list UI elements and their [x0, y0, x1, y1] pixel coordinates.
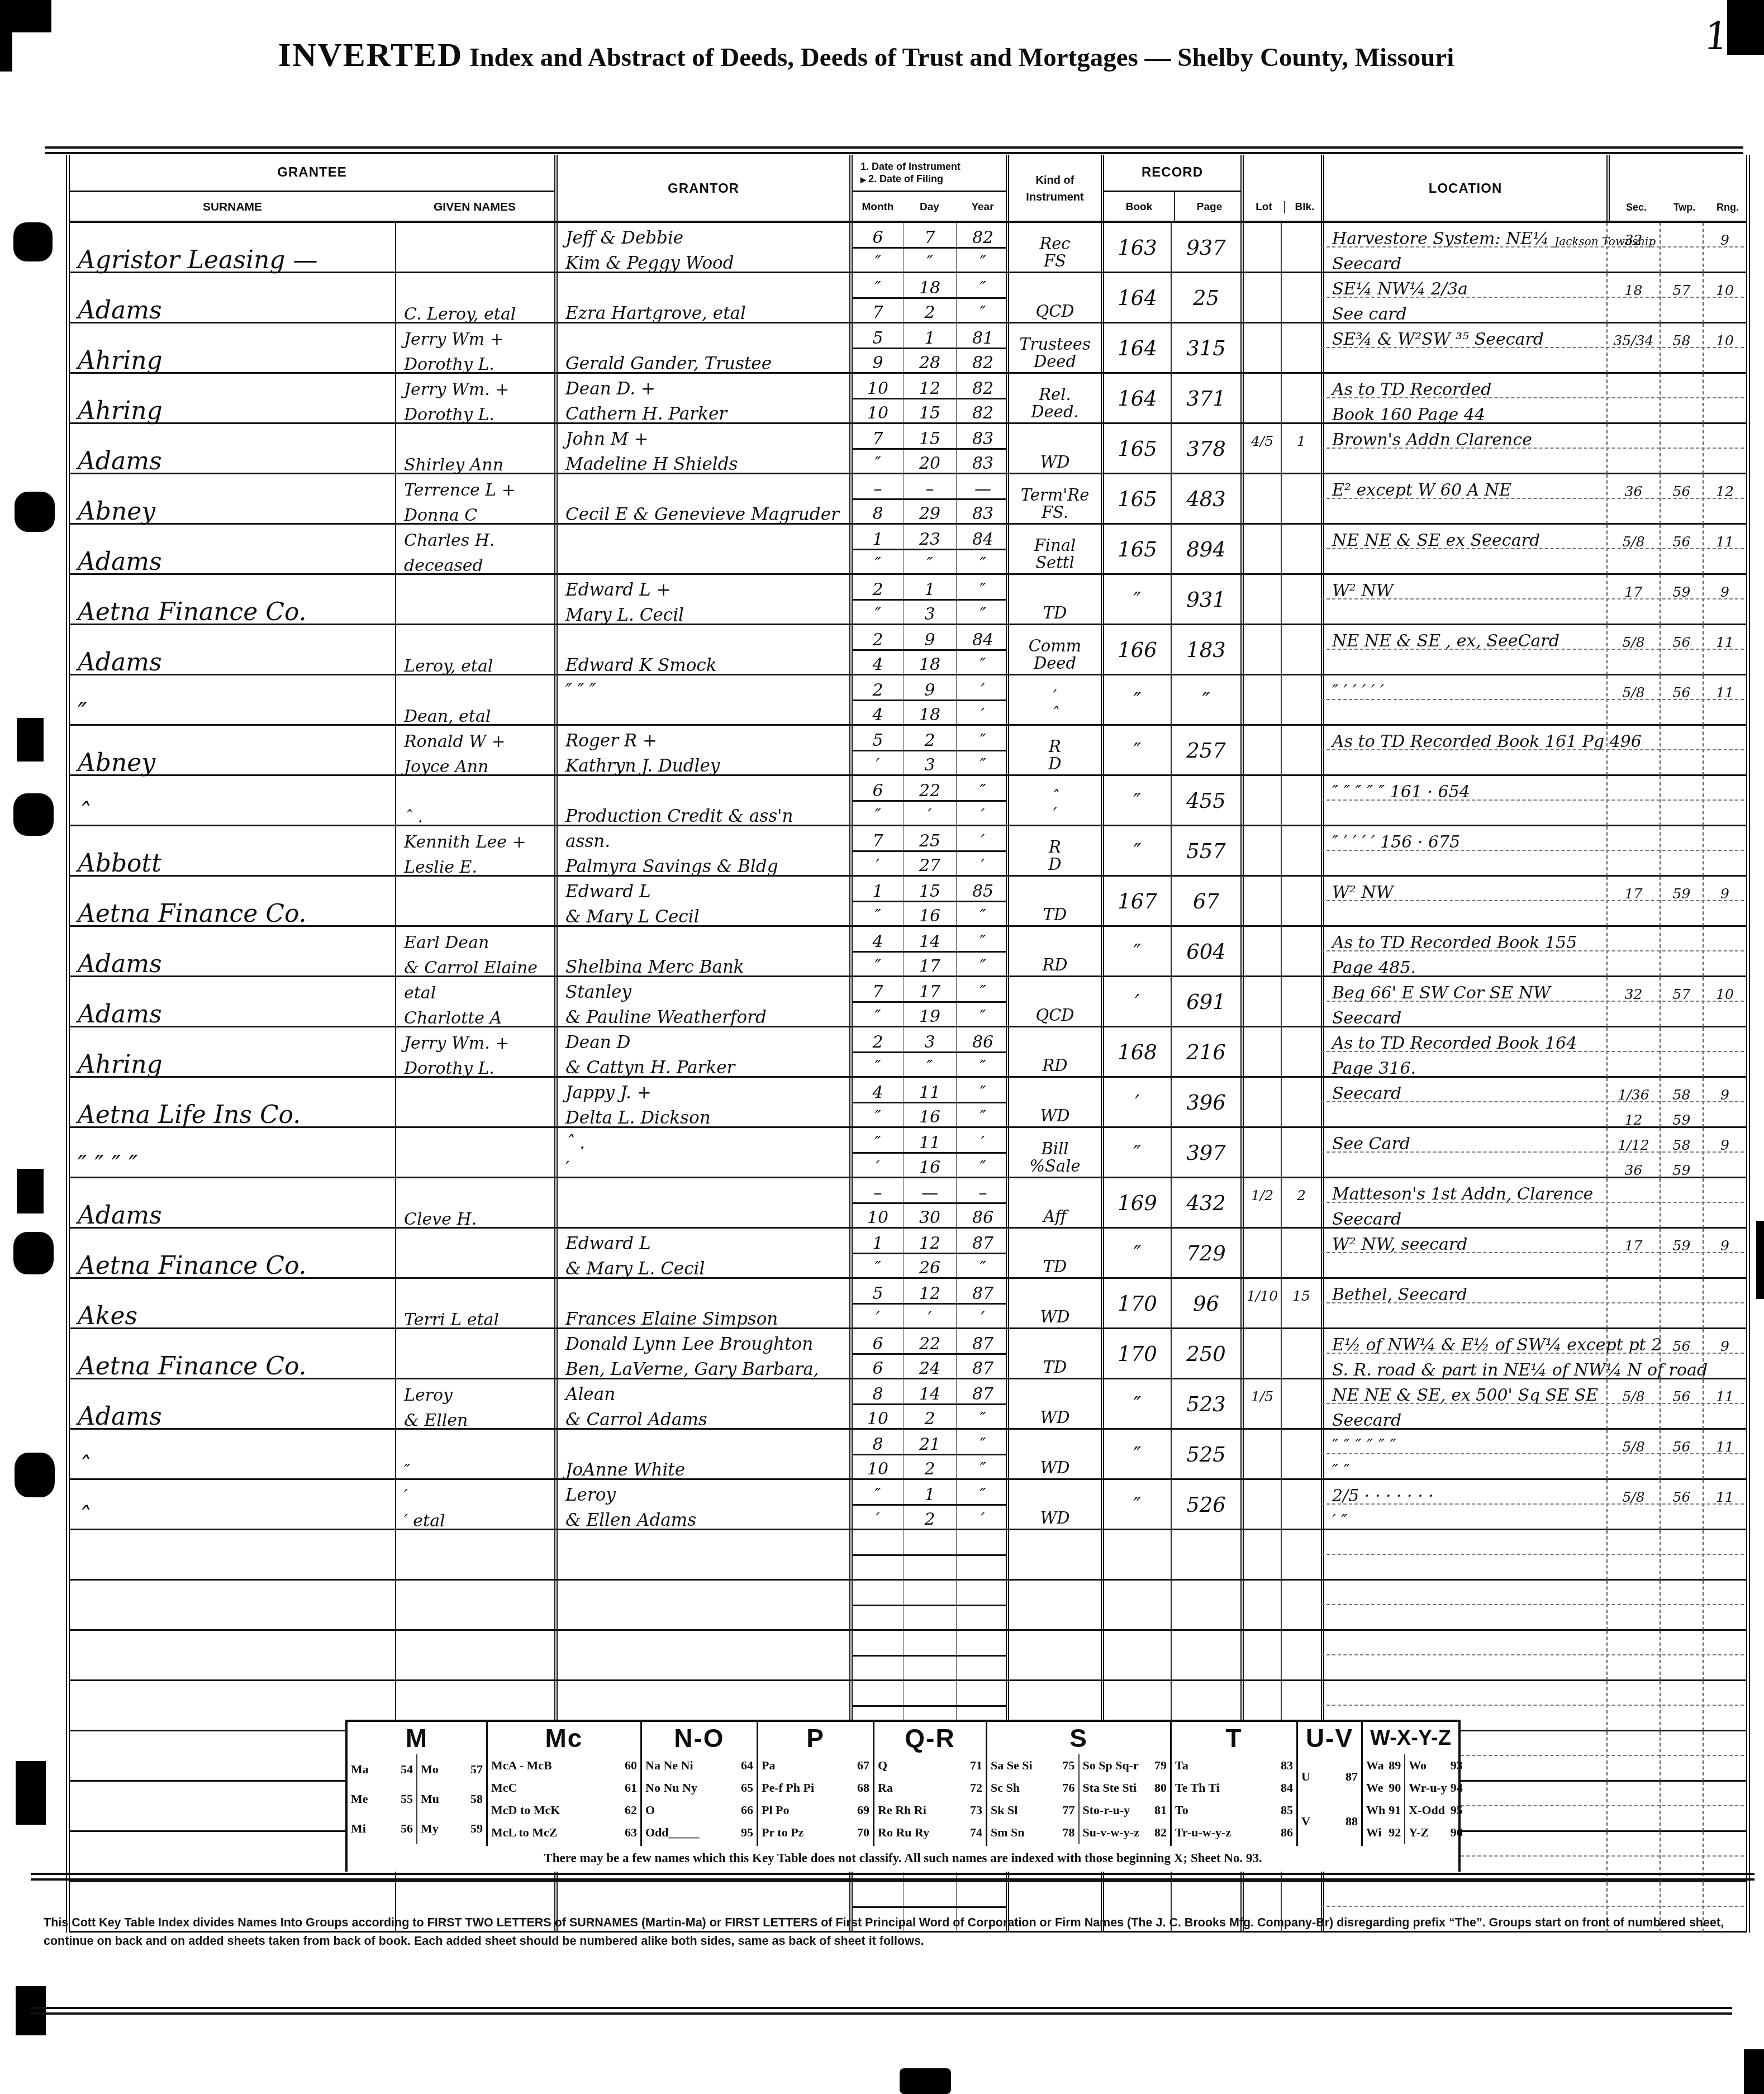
filing-date — [853, 1556, 1006, 1579]
instrument-date: 11585 — [853, 877, 1006, 902]
date-cell: ––—82983 — [849, 474, 1006, 524]
kind-label-2: Instrument — [1026, 189, 1083, 206]
location-cell: As to TD Recorded Book 155Page 485. — [1321, 927, 1606, 977]
instrument-date: 21″ — [853, 575, 1006, 601]
filing-date: ′′′ — [853, 1305, 1006, 1327]
lot-cell: 1/10 — [1240, 1279, 1281, 1329]
location-cell: E² except W 60 A NE — [1321, 474, 1606, 524]
table-row: Aetna Life Ins Co.Jappy J. +Delta L. Dic… — [70, 1078, 1746, 1128]
twp-cell — [1660, 1581, 1703, 1630]
filing-date: ′27′ — [853, 852, 1006, 875]
rng-cell: 12 — [1703, 474, 1746, 524]
record-book-cell: 165 — [1101, 525, 1171, 574]
surname-cell: Ahring — [70, 323, 395, 373]
scan-corner-mark — [0, 0, 12, 72]
location-cell: ″ ″ ″ ″ ″ 161 · 654 — [1321, 776, 1606, 826]
instrument-date: 52″ — [853, 726, 1006, 751]
scan-smudge — [1756, 1221, 1764, 1299]
given-names-cell: Dean, etal — [395, 675, 554, 725]
lot-cell — [1240, 1631, 1281, 1681]
instrument-date: 2984 — [853, 625, 1006, 651]
lot-cell — [1240, 525, 1281, 574]
grantor-cell — [554, 1178, 849, 1228]
scan-corner-mark — [1727, 0, 1764, 55]
date-cell: 717″″19″ — [849, 977, 1006, 1027]
rng-cell: 10 — [1703, 977, 1746, 1027]
sec-cell — [1606, 1782, 1660, 1831]
key-table-entry: Tr-u-w-y-z86 — [1175, 1825, 1293, 1840]
record-page-cell: 257 — [1171, 726, 1240, 775]
filing-date: ″2083 — [853, 450, 1006, 473]
record-page-cell: 216 — [1171, 1027, 1240, 1077]
grantor-cell — [554, 525, 849, 574]
table-row: ˆˆ .Production Credit & ass'n622″″′′ˆ′″4… — [70, 776, 1746, 826]
blk-cell — [1281, 826, 1321, 876]
surname-cell: Aetna Finance Co. — [70, 575, 395, 625]
record-book-cell: 166 — [1101, 625, 1171, 675]
surname-cell: Akes — [70, 1279, 395, 1329]
sec-twp-rng-header: Sec. Twp. Rng. — [1606, 155, 1746, 222]
location-cell: ″ ′ ′ ′ ′ ′ — [1321, 675, 1606, 725]
table-row: AdamsEarl Dean& Carrol ElaineShelbina Me… — [70, 927, 1746, 977]
rng-cell: 9 — [1703, 575, 1746, 625]
arrow-icon: ▶ — [860, 175, 866, 184]
filing-date: 82983 — [853, 500, 1006, 523]
location-cell: 2/5 · · · · · · ·′ ″ — [1321, 1480, 1606, 1530]
grantor-cell: Edward L +Mary L. Cecil — [554, 575, 849, 625]
sec-cell — [1606, 374, 1660, 423]
surname-cell: Aetna Finance Co. — [70, 1229, 395, 1278]
record-page-cell: 371 — [1171, 374, 1240, 423]
twp-cell: 5859 — [1660, 1078, 1703, 1127]
table-row: AkesTerri L etalFrances Elaine Simpson51… — [70, 1279, 1746, 1329]
location-cell: Matteson's 1st Addn, ClarenceSeecard — [1321, 1178, 1606, 1228]
kind-of-instrument-cell: QCD — [1006, 977, 1101, 1027]
blk-cell — [1281, 1078, 1321, 1127]
filing-date: 101582 — [853, 399, 1006, 422]
date-cell: 2984418″ — [849, 625, 1006, 675]
grantor-cell: Dean D& Cattyn H. Parker — [554, 1027, 849, 1077]
location-cell: W² NW — [1321, 575, 1606, 625]
blk-cell — [1281, 1530, 1321, 1580]
date-cell: 51287′′′ — [849, 1279, 1006, 1329]
record-page-cell: 894 — [1171, 525, 1240, 574]
rng-cell — [1703, 1631, 1746, 1681]
location-cell: See Card — [1321, 1128, 1606, 1178]
rng-cell — [1703, 374, 1746, 423]
grantor-label: GRANTOR — [668, 181, 739, 197]
scanned-ledger-page: INVERTED Index and Abstract of Deeds, De… — [0, 0, 1764, 2094]
key-table-entry: We90 — [1366, 1781, 1401, 1795]
lot-label: Lot — [1244, 201, 1284, 213]
grantor-cell: Shelbina Merc Bank — [554, 927, 849, 977]
rng-label: Rng. — [1706, 202, 1749, 213]
table-row: AhringJerry Wm. +Dorothy L.Dean D. +Cath… — [70, 374, 1746, 424]
key-table-entry: McD to McK62 — [491, 1803, 637, 1817]
key-table-column: Q-RQ71Ra72Re Rh Ri73Ro Ru Ry74 — [873, 1722, 986, 1846]
grantor-cell: John M +Madeline H Shields — [554, 424, 849, 474]
key-table-entry: Ma54 — [351, 1762, 413, 1777]
table-row: AdamsLeroy, etalEdward K Smock2984418″Co… — [70, 625, 1746, 675]
instrument-date: 81487 — [853, 1379, 1006, 1405]
lot-cell — [1240, 927, 1281, 977]
twp-cell — [1660, 1782, 1703, 1831]
given-names-cell — [395, 877, 554, 926]
filing-date: ″′′ — [853, 802, 1006, 825]
rng-cell — [1703, 726, 1746, 775]
sec-cell — [1606, 927, 1660, 977]
scan-smudge — [900, 2068, 951, 2094]
twp-cell — [1660, 1530, 1703, 1580]
key-table-entry: So Sp Sq-r79 — [1083, 1758, 1167, 1773]
grantor-cell: Production Credit & ass'n — [554, 776, 849, 826]
date-cell: 12384″″″ — [849, 525, 1006, 574]
grantor-cell: Ezra Hartgrove, etal — [554, 273, 849, 323]
rng-cell: 10 — [1703, 323, 1746, 373]
twp-cell: 59 — [1660, 877, 1703, 926]
sec-cell — [1606, 1631, 1660, 1681]
twp-cell: 5859 — [1660, 1128, 1703, 1178]
filing-date: ″″″ — [853, 550, 1006, 573]
rng-cell — [1703, 1530, 1746, 1580]
key-table-entry: To85 — [1175, 1803, 1293, 1817]
filing-date: 72″ — [853, 299, 1006, 322]
lot-cell — [1240, 1530, 1281, 1580]
key-table-entry: Ra72 — [878, 1781, 982, 1795]
lot-cell — [1240, 1329, 1281, 1379]
kind-of-instrument-cell: RD — [1006, 726, 1101, 775]
twp-cell: 56 — [1660, 525, 1703, 574]
sec-cell — [1606, 726, 1660, 775]
surname-cell: ˆ — [70, 1430, 395, 1479]
date-cell: –—–103086 — [849, 1178, 1006, 1228]
key-table-column: W-X-Y-ZWa89We90Wh91Wi92Wo93Wr-u-y94X-Odd… — [1361, 1722, 1458, 1846]
footer-rule — [31, 2007, 1732, 2015]
location-header: LOCATION — [1321, 155, 1606, 222]
date-cell: ″18″72″ — [849, 273, 1006, 323]
blk-cell — [1281, 776, 1321, 826]
instrument-date: 717″ — [853, 977, 1006, 1003]
surname-cell: Adams — [70, 927, 395, 977]
grantor-cell: Frances Elaine Simpson — [554, 1279, 849, 1329]
hole-punch-mark — [13, 222, 53, 261]
instrument-date: 622″ — [853, 776, 1006, 802]
grantor-cell: ″ ″ ″ — [554, 675, 849, 725]
location-label: LOCATION — [1429, 181, 1503, 197]
instrument-date — [853, 1581, 1006, 1606]
location-cell: E½ of NW¼ & E½ of SW¼ except pt 2S. R. r… — [1321, 1329, 1606, 1379]
record-book-cell: 165 — [1101, 424, 1171, 474]
instrument-date — [853, 1631, 1006, 1657]
twp-cell — [1660, 1731, 1703, 1781]
sec-cell — [1606, 1681, 1660, 1731]
kind-of-instrument-cell: CommDeed — [1006, 625, 1101, 675]
kind-of-instrument-cell: WD — [1006, 424, 1101, 474]
twp-cell — [1660, 1681, 1703, 1731]
surname-cell: Adams — [70, 525, 395, 574]
record-page-cell — [1171, 1631, 1240, 1681]
location-cell: NE NE & SE , ex, SeeCard — [1321, 625, 1606, 675]
surname-cell: Ahring — [70, 374, 395, 423]
surname-cell: Abbott — [70, 826, 395, 876]
blk-cell — [1281, 1027, 1321, 1077]
key-table-letter: S — [987, 1722, 1170, 1754]
record-page-cell: 604 — [1171, 927, 1240, 977]
surname-cell — [70, 1581, 395, 1630]
rng-cell: 11 — [1703, 675, 1746, 725]
date-cell: 6782″″″ — [849, 223, 1006, 273]
key-table-letter: T — [1172, 1722, 1296, 1754]
record-page-cell: 455 — [1171, 776, 1240, 826]
sec-cell: 17 — [1606, 877, 1660, 926]
record-book-cell: 168 — [1101, 1027, 1171, 1077]
key-table-entry: Sc Sh76 — [991, 1781, 1075, 1795]
table-row: AdamsetalCharlotte AStanley& Pauline Wea… — [70, 977, 1746, 1027]
record-book-cell: 164 — [1101, 323, 1171, 373]
key-table-entry: Wo93 — [1409, 1758, 1462, 1773]
grantor-cell: Edward L& Mary L Cecil — [554, 877, 849, 926]
sec-cell: 5/8 — [1606, 1480, 1660, 1530]
key-table-entry: Sm Sn78 — [991, 1825, 1075, 1840]
instrument-date: 821″ — [853, 1430, 1006, 1455]
date-cell: 821″102″ — [849, 1430, 1006, 1479]
table-row: AdamsCharles H.deceased12384″″″FinalSett… — [70, 525, 1746, 575]
scan-smudge — [1744, 2049, 1764, 2094]
given-names-cell — [395, 1581, 554, 1630]
key-table-entry: Wh91 — [1366, 1803, 1401, 1817]
top-rule — [45, 146, 1743, 154]
record-book-cell: 167 — [1101, 877, 1171, 926]
record-page-cell — [1171, 1530, 1240, 1580]
date-cell — [849, 1581, 1006, 1630]
given-names-cell: Jerry Wm +Dorothy L. — [395, 323, 554, 373]
record-book-cell — [1101, 1530, 1171, 1580]
location-cell: As to TD Recorded Book 161 Pg 496 — [1321, 726, 1606, 775]
lot-cell — [1240, 1078, 1281, 1127]
record-page-cell: 931 — [1171, 575, 1240, 625]
rng-cell: 9 — [1703, 1128, 1746, 1178]
instrument-date: ″11′ — [853, 1128, 1006, 1154]
kind-of-instrument-cell: WD — [1006, 1430, 1101, 1479]
location-cell: ″ ′ ′ ′ ′ 156 · 675 — [1321, 826, 1606, 876]
filing-date: ″″″ — [853, 1053, 1006, 1076]
key-table-column: McMcA - McB60McC61McD to McK62McL to McZ… — [486, 1722, 640, 1846]
record-page-cell: 315 — [1171, 323, 1240, 373]
grantee-label: GRANTEE — [70, 155, 554, 192]
given-names-cell: Ronald W +Joyce Ann — [395, 726, 554, 775]
given-names-cell: etalCharlotte A — [395, 977, 554, 1027]
key-table-entry: Q71 — [878, 1758, 982, 1773]
rng-cell: 11 — [1703, 525, 1746, 574]
given-names-cell: Terri L etal — [395, 1279, 554, 1329]
lot-cell — [1240, 223, 1281, 273]
given-names-cell: Charles H.deceased — [395, 525, 554, 574]
surname-cell: Abney — [70, 726, 395, 775]
surname-cell: Adams — [70, 1379, 395, 1429]
kind-of-instrument-cell — [1006, 1631, 1101, 1681]
blk-cell — [1281, 1581, 1321, 1630]
twp-cell: 57 — [1660, 977, 1703, 1027]
record-page-cell: 937 — [1171, 223, 1240, 273]
blk-cell — [1281, 1128, 1321, 1178]
record-book-cell: 164 — [1101, 273, 1171, 323]
surname-cell: ˆ — [70, 1480, 395, 1530]
key-table-letter: P — [758, 1722, 873, 1754]
sec-cell — [1606, 1329, 1660, 1379]
blk-cell: 2 — [1281, 1178, 1321, 1228]
grantor-cell: Donald Lynn Lee BroughtonBen, LaVerne, G… — [554, 1329, 849, 1379]
grantor-cell: Edward K Smock — [554, 625, 849, 675]
filing-date: 418′ — [853, 701, 1006, 724]
blk-cell — [1281, 977, 1321, 1027]
table-row: AdamsLeroy& EllenAlean& Carrol Adams8148… — [70, 1379, 1746, 1430]
date-cell: 101282101582 — [849, 374, 1006, 423]
record-book-cell: ″ — [1101, 1430, 1171, 1479]
record-page-cell — [1171, 1581, 1240, 1630]
key-table-column: MMa54Me55Mi56Mo57Mu58My59 — [348, 1722, 486, 1846]
record-book-cell: ″ — [1101, 1480, 1171, 1530]
grantor-cell: Jappy J. +Delta L. Dickson — [554, 1078, 849, 1127]
surname-cell: Adams — [70, 977, 395, 1027]
given-names-cell: Jerry Wm. +Dorothy L. — [395, 1027, 554, 1077]
record-book-cell: ″ — [1101, 826, 1171, 876]
rng-cell: 11 — [1703, 1430, 1746, 1479]
blk-cell — [1281, 675, 1321, 725]
key-table-entry: Y-Z96 — [1409, 1825, 1462, 1840]
location-cell: NE NE & SE ex Seecard — [1321, 525, 1606, 574]
ledger-body: Agristor Leasing —Jeff & DebbieKim & Peg… — [70, 223, 1746, 1933]
location-cell: As to TD RecordedBook 160 Page 44 — [1321, 374, 1606, 423]
rng-cell: 9 — [1703, 1078, 1746, 1127]
lot-cell — [1240, 776, 1281, 826]
surname-cell: Adams — [70, 1178, 395, 1228]
month-label: Month — [853, 201, 903, 213]
kind-of-instrument-cell: RD — [1006, 927, 1101, 977]
kind-label-1: Kind of — [1036, 172, 1074, 189]
twp-cell — [1660, 1178, 1703, 1228]
lot-cell — [1240, 826, 1281, 876]
grantor-header: GRANTOR — [554, 155, 849, 222]
day-label: Day — [903, 201, 956, 213]
kind-of-instrument-cell: Term'ReFS. — [1006, 474, 1101, 524]
instrument-date: 12384 — [853, 525, 1006, 550]
filing-date: 418″ — [853, 651, 1006, 674]
filing-date: ′16″ — [853, 1154, 1006, 1177]
record-book-cell — [1101, 1631, 1171, 1681]
key-table-entry: Odd_____95 — [645, 1825, 753, 1840]
record-page-cell: 25 — [1171, 273, 1240, 323]
footer-note: This Cott Key Table Index divides Names … — [44, 1914, 1725, 1951]
date-cell: 622″″′′ — [849, 776, 1006, 826]
grantor-cell: Dean D. +Cathern H. Parker — [554, 374, 849, 423]
blk-cell — [1281, 1631, 1321, 1681]
record-page-cell: 691 — [1171, 977, 1240, 1027]
rng-cell: 11 — [1703, 1480, 1746, 1530]
twp-cell — [1660, 927, 1703, 977]
rng-cell — [1703, 1279, 1746, 1329]
hole-punch-mark — [15, 1453, 55, 1497]
twp-cell — [1660, 726, 1703, 775]
key-table-column: TTa83Te Th Ti84To85Tr-u-w-y-z86 — [1170, 1722, 1296, 1846]
surname-cell: Ahring — [70, 1027, 395, 1077]
kind-of-instrument-cell: WD — [1006, 1279, 1101, 1329]
filing-date — [853, 1606, 1006, 1629]
rng-cell — [1703, 1027, 1746, 1077]
key-table-entry: Na Ne Ni64 — [645, 1758, 753, 1773]
sec-cell — [1606, 826, 1660, 876]
table-row: AhringJerry Wm. +Dorothy L.Dean D& Catty… — [70, 1027, 1746, 1078]
key-table-entry: McA - McB60 — [491, 1758, 637, 1773]
grantor-cell — [554, 1530, 849, 1580]
twp-cell: 58 — [1660, 323, 1703, 373]
given-names-cell — [395, 1530, 554, 1580]
date-cell: ″1″′2′ — [849, 1480, 1006, 1530]
lot-cell — [1240, 977, 1281, 1027]
surname-cell: Aetna Life Ins Co. — [70, 1078, 395, 1127]
key-table-entry: Mo57 — [421, 1762, 483, 1777]
key-table-entry: Wr-u-y94 — [1409, 1781, 1462, 1795]
record-book-cell: ″ — [1101, 675, 1171, 725]
key-table-entry: Pl Po69 — [762, 1803, 869, 1817]
key-table-entry: Sa Se Si75 — [991, 1758, 1075, 1773]
record-page-cell: 397 — [1171, 1128, 1240, 1178]
twp-cell — [1660, 424, 1703, 474]
lot-cell — [1240, 1027, 1281, 1077]
twp-cell — [1660, 1279, 1703, 1329]
table-row: Aetna Finance Co.Donald Lynn Lee Brought… — [70, 1329, 1746, 1379]
grantor-cell: Alean& Carrol Adams — [554, 1379, 849, 1429]
grantor-cell: JoAnne White — [554, 1430, 849, 1479]
blk-cell — [1281, 1229, 1321, 1278]
hole-punch-mark — [17, 718, 44, 762]
table-row: AdamsCleve H.–—–103086Aff1694321/22Matte… — [70, 1178, 1746, 1229]
blk-cell: 15 — [1281, 1279, 1321, 1329]
year-label: Year — [956, 201, 1009, 213]
grantor-cell: Leroy& Ellen Adams — [554, 1480, 849, 1530]
kind-of-instrument-cell: FinalSettl — [1006, 525, 1101, 574]
lot-cell — [1240, 374, 1281, 423]
given-names-cell: Leroy& Ellen — [395, 1379, 554, 1429]
date-cell: ″11′′16″ — [849, 1128, 1006, 1178]
blk-cell — [1281, 525, 1321, 574]
blk-cell — [1281, 273, 1321, 323]
blk-cell — [1281, 877, 1321, 926]
key-table-letter: Q-R — [874, 1722, 986, 1754]
record-book-cell: ″ — [1101, 1128, 1171, 1178]
ledger-table: GRANTEE SURNAME GIVEN NAMES GRANTOR 1. D… — [66, 155, 1750, 1933]
instrument-date: 101282 — [853, 374, 1006, 399]
rng-cell: 11 — [1703, 625, 1746, 675]
grantor-cell: Edward L& Mary L. Cecil — [554, 1229, 849, 1278]
key-table-column: U-VU87V88 — [1296, 1722, 1361, 1846]
twp-cell: 56 — [1660, 1379, 1703, 1429]
table-row: AdamsShirley AnnJohn M +Madeline H Shiel… — [70, 424, 1746, 474]
location-cell — [1321, 1581, 1606, 1630]
grantor-cell: Roger R +Kathryn J. Dudley — [554, 726, 849, 775]
filing-date: ′3″ — [853, 751, 1006, 774]
instrument-date: 29′ — [853, 675, 1006, 701]
blk-cell: 1 — [1281, 424, 1321, 474]
kind-of-instrument-cell: TD — [1006, 575, 1101, 625]
sec-cell — [1606, 776, 1660, 826]
key-table-entry: Ta83 — [1175, 1758, 1293, 1773]
kind-of-instrument-cell: QCD — [1006, 273, 1101, 323]
filing-date: 102″ — [853, 1405, 1006, 1428]
key-table-entry: Sto-r-u-y81 — [1083, 1803, 1167, 1817]
page-title-rest: Index and Abstract of Deeds, Deeds of Tr… — [463, 43, 1454, 72]
surname-label: SURNAME — [70, 201, 395, 214]
twp-cell: 57 — [1660, 273, 1703, 323]
